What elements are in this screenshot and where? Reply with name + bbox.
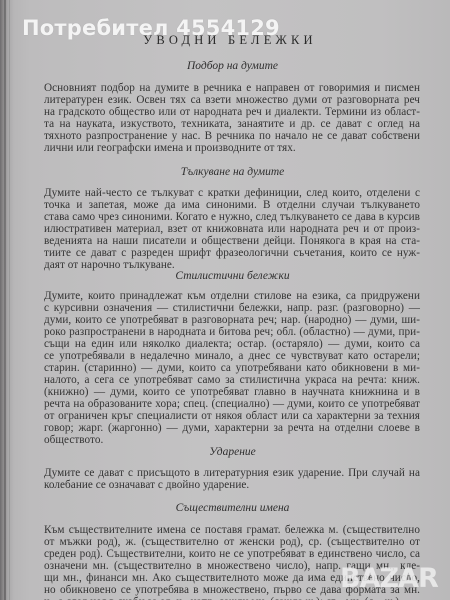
text-line: думи, които се употребяват в разговорнат…: [44, 314, 420, 326]
book-spine-shadow: [4, 0, 6, 600]
text-line: говор; жарг. (жаргонно) — думи, характер…: [44, 422, 420, 434]
text-line: тяхното разпространение у нас. В речника…: [44, 130, 420, 142]
section-heading-interpretation: Тълкуване на думите: [40, 166, 425, 178]
text-line: литературен език. Освен тях са взети мно…: [44, 94, 420, 106]
page-title: УВОДНИ БЕЛЕЖКИ: [0, 33, 450, 48]
section-heading-stress: Ударение: [40, 446, 425, 458]
text-line: роко разпространени в народната и битова…: [44, 326, 420, 338]
section-heading-word-selection: Подбор на думите: [40, 60, 425, 72]
text-line: обществото.: [44, 434, 420, 446]
text-line: илюстративен материал, взет от книжовнат…: [44, 223, 420, 235]
text-line: та на науката, изкуството, техниката, за…: [44, 118, 420, 130]
text-line: става само чрез синоними. Когато е нужно…: [44, 211, 420, 223]
text-line: Думите, които принадлежат към отделни ст…: [44, 290, 420, 302]
text-line: Думите се дават с присъщото в литературн…: [44, 467, 420, 479]
book-page: Потребител 4554129 УВОДНИ БЕЛЕЖКИ Подбор…: [0, 0, 450, 600]
text-line: се употребявали в недалечно минало, а дн…: [44, 350, 420, 362]
text-line: точка и запетая, може да има синоними. В…: [44, 199, 420, 211]
text-line: на градското общество или от народната р…: [44, 106, 420, 118]
text-line: налото, а сега се употребяват само за ст…: [44, 374, 420, 386]
text-line: старин. (старинно) — думи, които са упот…: [44, 362, 420, 374]
text-line: веденията на наши писатели и обществени …: [44, 235, 420, 247]
text-line: тиите се дават с разреден шрифт фразеоло…: [44, 247, 420, 259]
text-line: речта на образованите хора; спец. (специ…: [44, 398, 420, 410]
text-line: ч., а след нея в скоби за ед. ч., напр. …: [44, 596, 420, 600]
site-logo-watermark: BAZAR: [340, 563, 438, 594]
text-line: от мъжки род), ж. (съществително от женс…: [44, 536, 420, 548]
text-line: среден род). Съществителни, които не се …: [44, 548, 420, 560]
text-line: същи на един или няколко диалекта; остар…: [44, 338, 420, 350]
text-line: от ограничен кръг специалисти от някоя о…: [44, 410, 420, 422]
section-heading-nouns: Съществителни имена: [40, 502, 425, 514]
text-line: колебание се означават с двойно ударение…: [44, 479, 420, 491]
text-line: Основният подбор на думите в речника е н…: [44, 82, 420, 94]
text-line: Думите най-често се тълкуват с кратки де…: [44, 187, 420, 199]
text-line: (книжно) — думи, които се употребяват гл…: [44, 386, 420, 398]
text-line: лични или географски имена и производнит…: [44, 142, 420, 154]
section-heading-stylistic-notes: Стилистични бележки: [40, 270, 425, 282]
page-edge: [9, 0, 10, 600]
text-line: с курсивни означения — стилистични бележ…: [44, 302, 420, 314]
text-line: Към съществителните имена се поставя гра…: [44, 524, 420, 536]
